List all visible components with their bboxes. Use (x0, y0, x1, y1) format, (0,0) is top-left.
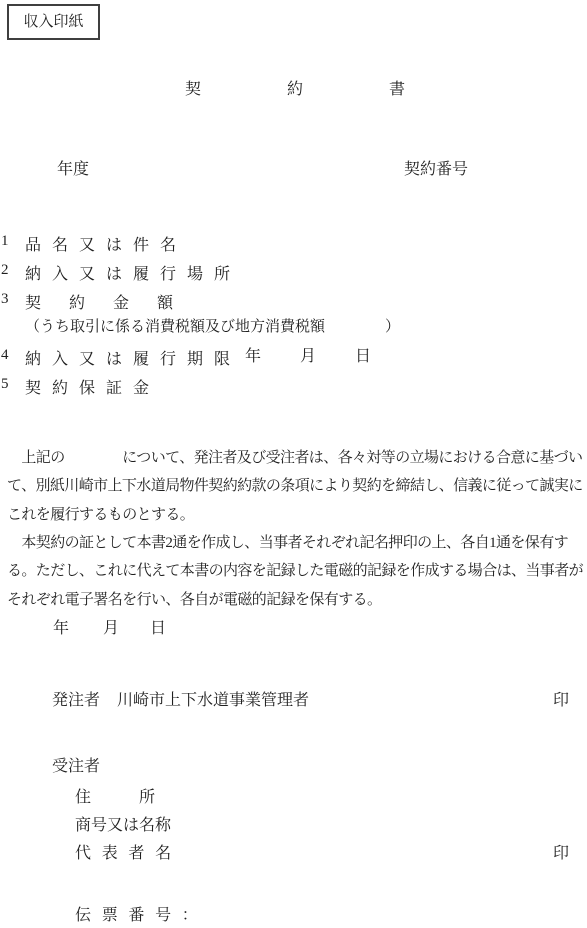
orderer-name: 川崎市上下水道事業管理者 (117, 691, 309, 710)
body-paragraph-line: 上記の について、発注者及び受注者は、各々対等の立場における合意に基づい (7, 446, 582, 467)
item-label: 契約保証金 (25, 375, 160, 398)
body-paragraph-line: それぞれ電子署名を行い、各自が電磁的記録を保有する。 (7, 588, 381, 609)
deadline-month-label: 月 (300, 347, 316, 366)
item-1-product-or-subject: 1 品名又は件名 (0, 232, 587, 252)
item-2-delivery-place: 2 納入又は履行場所 (0, 261, 587, 281)
deadline-day-label: 日 (355, 347, 371, 366)
contractor-address-label: 住 所 (75, 788, 155, 807)
body-paragraph-line: これを履行するものとする。 (7, 503, 194, 524)
item-3-contract-amount: 3 契約金額 (0, 290, 587, 310)
item-number: 3 (1, 291, 9, 308)
tax-note-text: （うち取引に係る消費税額及び地方消費税額 (25, 318, 325, 336)
date-year-label: 年 (53, 619, 69, 638)
item-label: 契約金額 (25, 290, 201, 313)
body-paragraph-line: る。ただし、これに代えて本書の内容を記録した電磁的記録を作成する場合は、当事者が (7, 559, 583, 580)
orderer-seal-mark: 印 (553, 691, 569, 710)
document-title: 契約書 (185, 80, 491, 99)
contractor-representative-label: 代表者名 (75, 844, 182, 863)
deadline-year-label: 年 (245, 347, 261, 366)
date-day-label: 日 (150, 619, 166, 638)
representative-seal-mark: 印 (553, 844, 569, 863)
body-paragraph-line: て、別紙川崎市上下水道局物件契約約款の条項により契約を締結し、信義に従って誠実に (7, 474, 583, 495)
item-label: 納入又は履行期限 (25, 346, 241, 369)
revenue-stamp-label: 収入印紙 (23, 14, 83, 30)
body-paragraph-line: 本契約の証として本書2通を作成し、当事者それぞれ記名押印の上、各自1通を保有す (7, 531, 568, 552)
contract-document-page: 収入印紙 契約書 年度 契約番号 1 品名又は件名 2 納入又は履行場所 3 契… (0, 0, 587, 928)
item-label: 納入又は履行場所 (25, 261, 241, 284)
contract-number-label: 契約番号 (404, 160, 468, 179)
item-number: 5 (1, 376, 9, 393)
item-label: 品名又は件名 (25, 232, 187, 255)
revenue-stamp-box: 収入印紙 (7, 4, 100, 40)
item-4-delivery-deadline: 4 納入又は履行期限 (0, 346, 587, 366)
item-number: 2 (1, 262, 9, 279)
item-number: 1 (1, 233, 9, 250)
item-number: 4 (1, 347, 9, 364)
tax-note-close-paren: ） (385, 318, 400, 336)
item-5-contract-bond: 5 契約保証金 (0, 375, 587, 395)
slip-number-label: 伝票番号： (75, 906, 209, 925)
orderer-label: 発注者 (52, 691, 100, 710)
date-month-label: 月 (103, 619, 119, 638)
contractor-label: 受注者 (52, 757, 100, 776)
contractor-company-name-label: 商号又は名称 (75, 816, 171, 835)
fiscal-year-label: 年度 (57, 160, 89, 179)
